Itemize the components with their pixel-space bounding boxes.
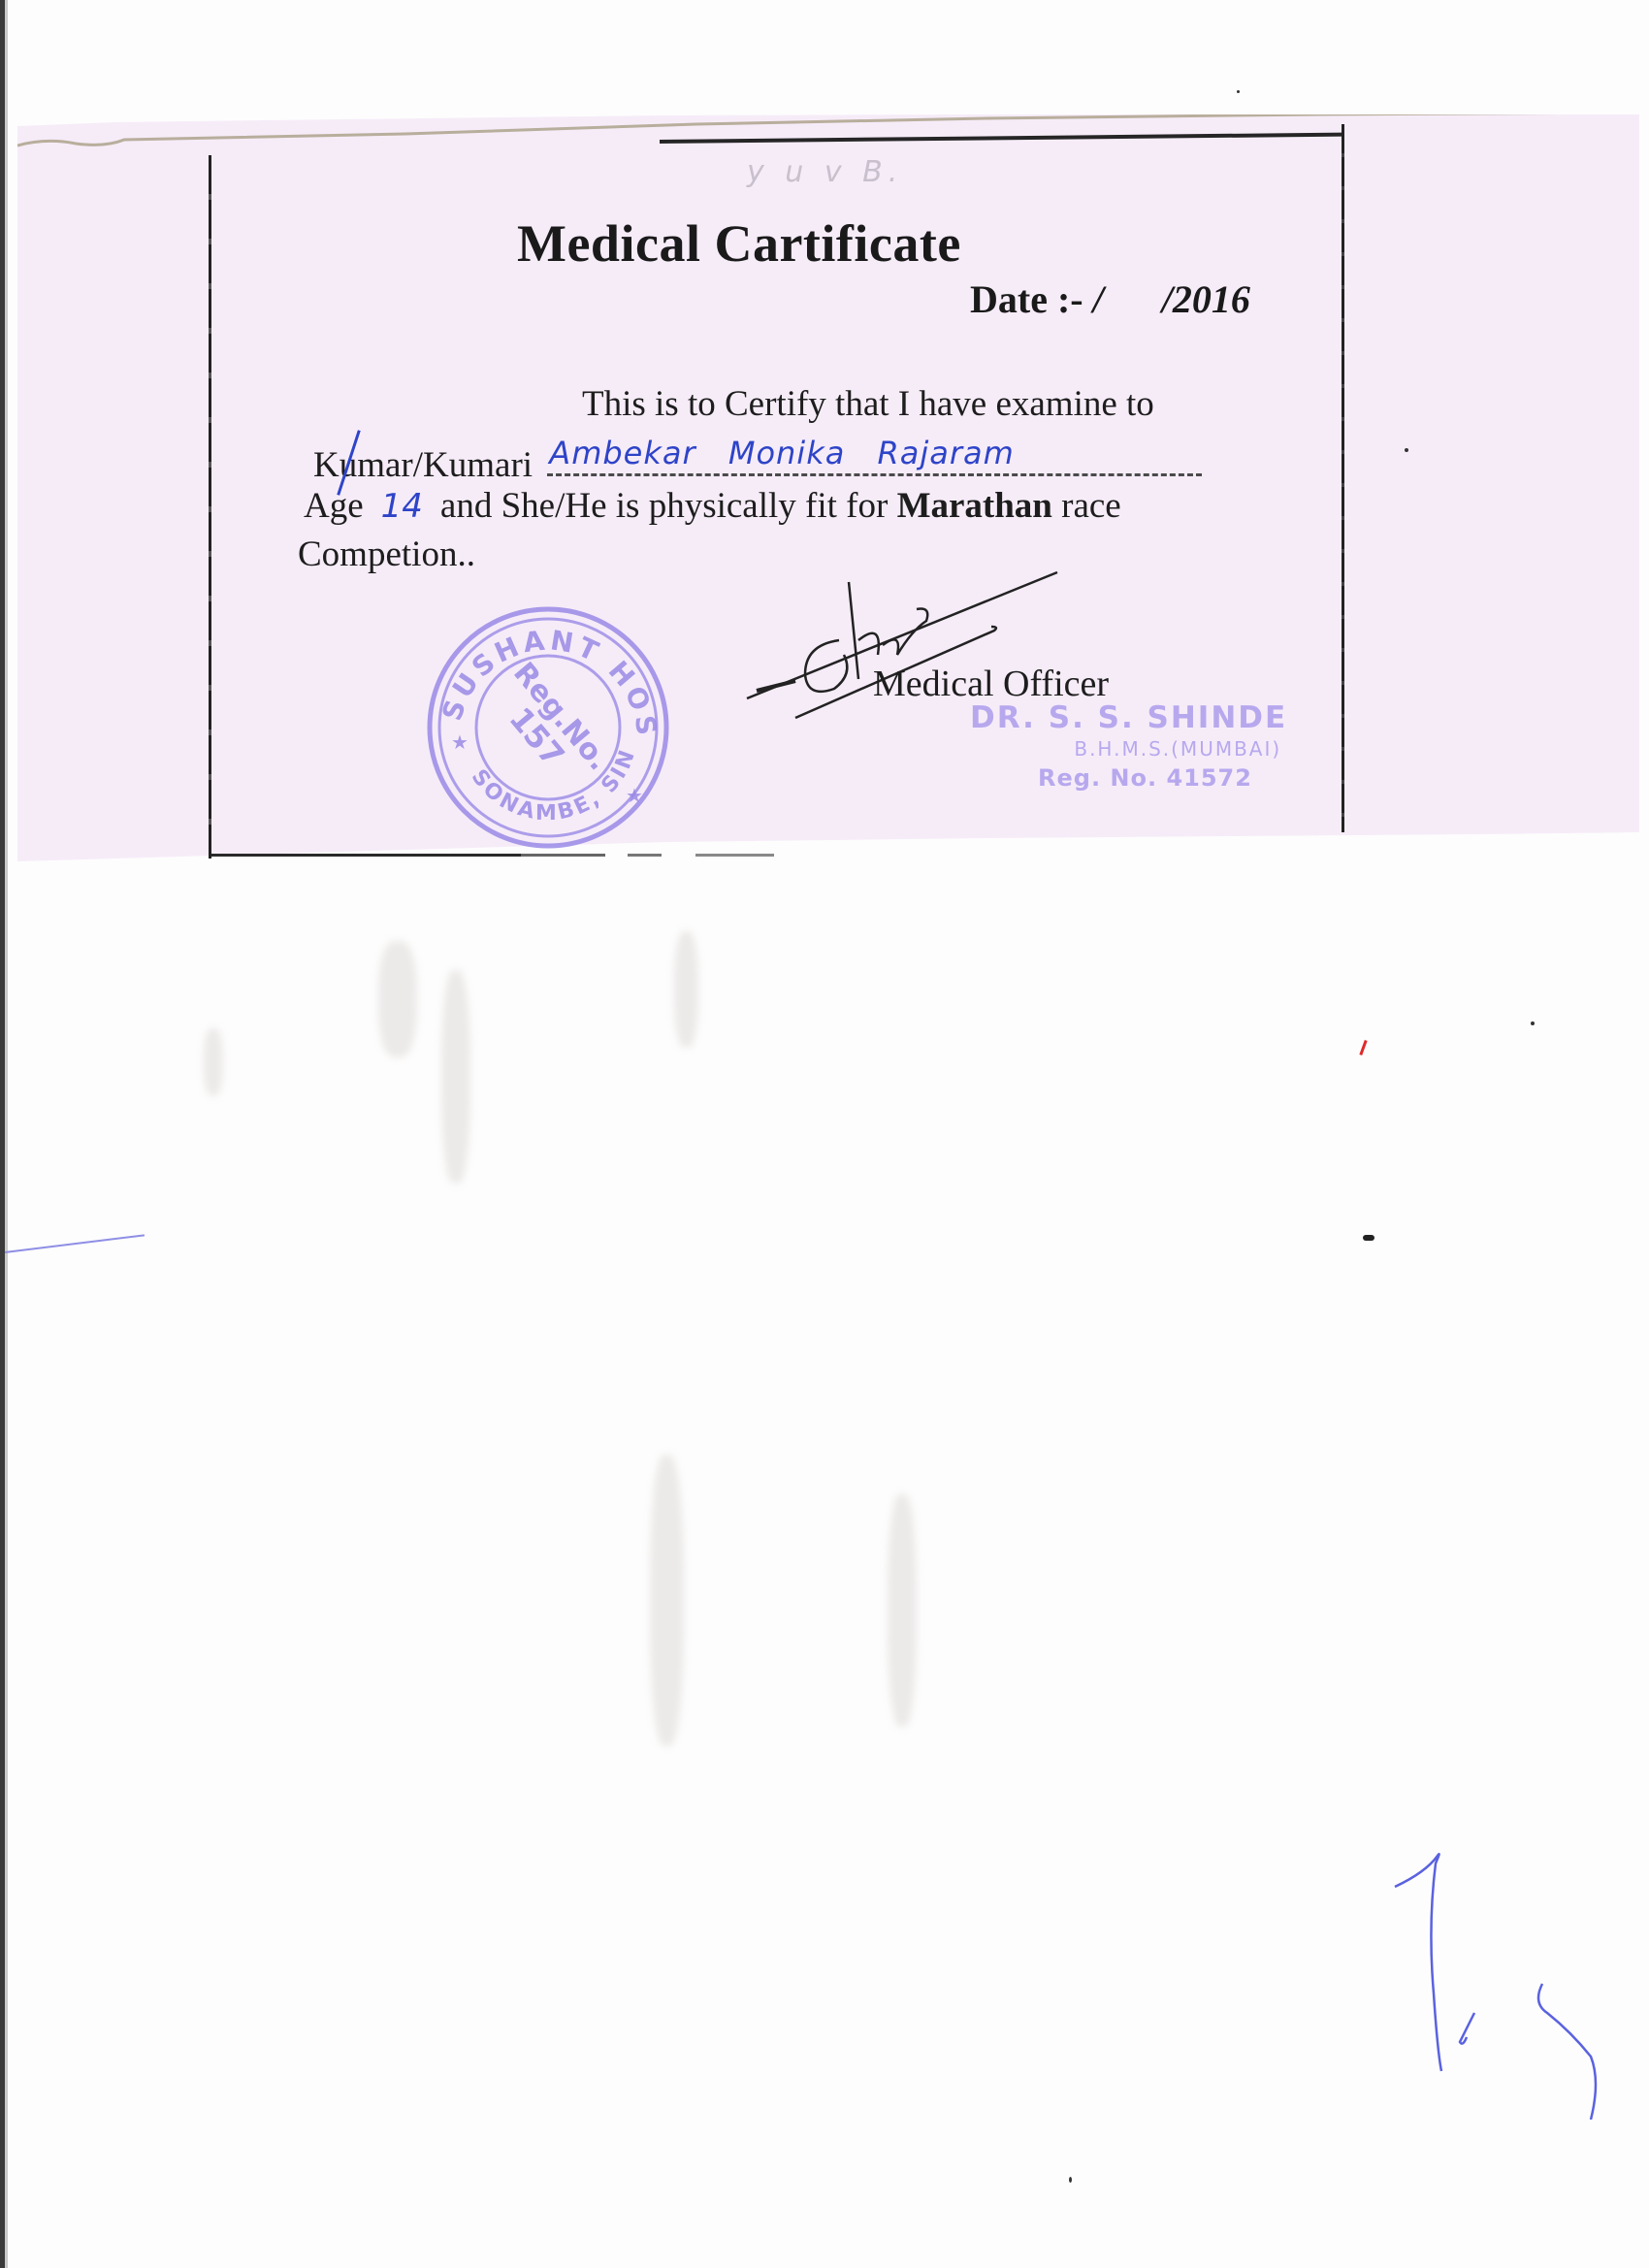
certificate-title: Medical Cartificate [517, 213, 961, 274]
fitness-prefix: and She/He is physically fit for [440, 486, 888, 526]
age-fitness-row: Age14and She/He is physically fit for Ma… [304, 485, 1121, 527]
svg-text:★: ★ [626, 784, 643, 807]
date-field: Date :- / /2016 [970, 276, 1250, 322]
ink-dot [1237, 90, 1240, 93]
ink-spot [1363, 1235, 1374, 1241]
doctor-name: DR. S. S. SHINDE [970, 700, 1287, 735]
smudge-mark [441, 970, 470, 1183]
smudge-mark [674, 931, 698, 1048]
smudge-mark [204, 1028, 223, 1096]
certify-statement: This is to Certify that I have examine t… [582, 383, 1154, 425]
torn-paper-edge [17, 114, 1639, 153]
patient-name-value: Ambekar Monika Rajaram [549, 435, 1014, 471]
svg-text:★: ★ [451, 730, 469, 754]
doctor-qualification: B.H.M.S.(MUMBAI) [970, 737, 1287, 761]
date-label: Date :- [970, 277, 1083, 321]
smudge-mark [888, 1494, 917, 1727]
doctor-stamp: DR. S. S. SHINDE B.H.M.S.(MUMBAI) Reg. N… [970, 700, 1287, 792]
date-day-separator: / [1093, 277, 1104, 321]
ink-dot [1405, 448, 1408, 452]
patient-name-row: Kumar/Kumari Ambekar Monika Rajaram [313, 437, 1202, 486]
certificate-border-left [209, 155, 211, 859]
ink-dot [1069, 2177, 1072, 2183]
smudge-mark [650, 1455, 684, 1746]
red-ink-mark [1359, 1040, 1367, 1055]
pen-stroke [5, 1234, 145, 1253]
event-name: Marathan [897, 486, 1052, 526]
hospital-stamp: SUSHANT HOSPITAL SONAMBE, SINNAR ★ ★ Reg… [422, 603, 674, 851]
smudge-mark [378, 941, 417, 1057]
patient-name-field: Ambekar Monika Rajaram [547, 437, 1202, 476]
fitness-suffix: race [1061, 486, 1121, 526]
pencil-annotation: y u v B. [747, 155, 903, 189]
signatory-role: Medical Officer [873, 663, 1109, 705]
handwritten-initials [1377, 1838, 1610, 2124]
age-label: Age [304, 486, 364, 526]
ink-dot [1531, 1021, 1535, 1025]
doctor-registration: Reg. No. 41572 [970, 764, 1287, 792]
age-value: 14 [381, 487, 423, 526]
certificate-border-bottom [211, 854, 774, 857]
certificate-border-right [1342, 124, 1344, 832]
date-year: /2016 [1162, 277, 1250, 321]
scan-border-shadow [5, 0, 8, 2268]
competition-line: Competion.. [298, 534, 475, 575]
